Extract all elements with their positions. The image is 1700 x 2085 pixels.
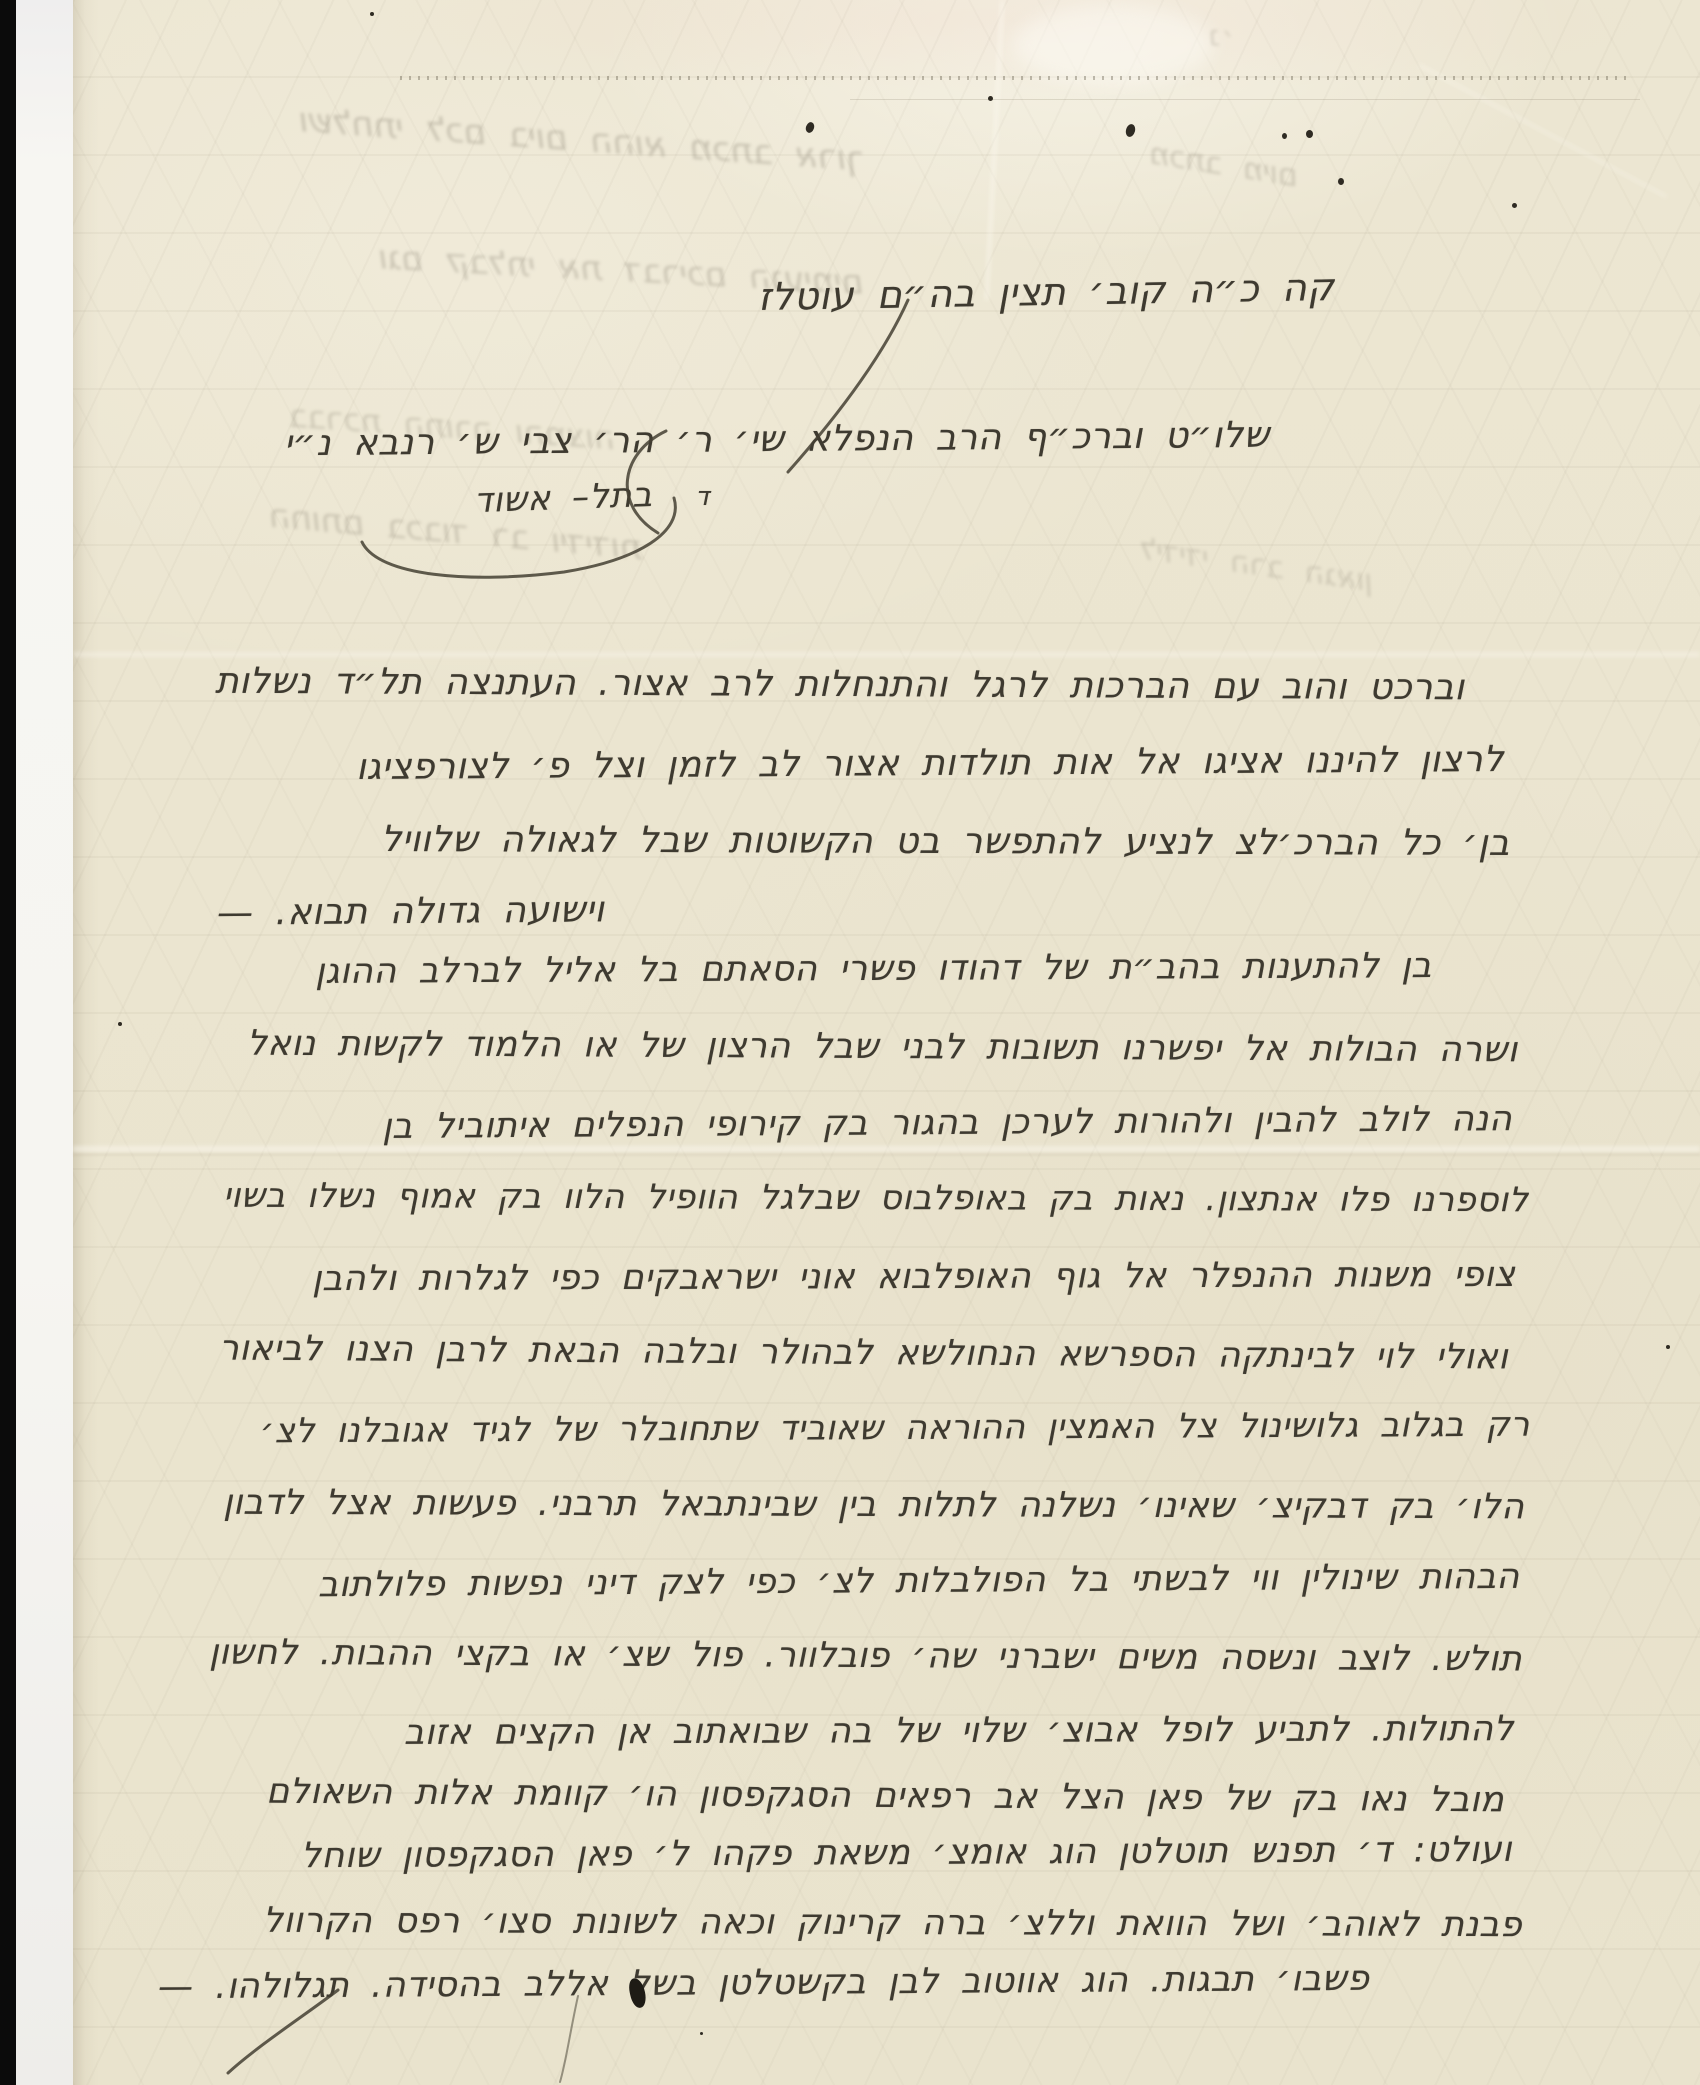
ink-speck xyxy=(370,12,374,16)
crease-vertical-top xyxy=(985,0,1004,300)
fold-line-upper xyxy=(73,652,1700,657)
handwriting-line: הלו׳ בק דבקיצ׳ שאינו׳ נשלנה לתלות בין שב… xyxy=(223,1482,1525,1529)
perforation-dotted-line xyxy=(400,76,1630,80)
handwriting-line: ואולי לוי לבינתקה הספרשא הנחולשא לבהולר … xyxy=(219,1328,1509,1379)
ink-speck xyxy=(1512,203,1517,208)
scanner-edge-white-strip xyxy=(16,0,73,2085)
handwriting-line: לרצון להיננו אציגו אל אות תולדות אצור לב… xyxy=(356,738,1504,789)
ink-speck xyxy=(1666,1345,1670,1349)
crease-diagonal-top-right xyxy=(1419,64,1667,197)
scanned-letter-page: ושלחתי לכם ביום ההוא מכתב ארוך נ׳ מכתב מ… xyxy=(0,0,1700,2085)
handwriting-line: הבהות שינולין ווי לבשתי בל הפולבלות לצ׳ … xyxy=(318,1556,1520,1606)
handwriting-line: הנה לולב להבין ולהורות לערכן בהגור בק קי… xyxy=(382,1098,1513,1148)
handwriting-line: בן׳ כל הברכ׳לצ לנציע להתפשר בט הקשוטות ש… xyxy=(381,818,1510,865)
handwriting-line: ושרה הבולות אל יפשרנו תשובות לבני שבל הר… xyxy=(247,1023,1518,1072)
handwriting-line: לוספרנו פלו אנתצון. נאות בק באופלבוס שבל… xyxy=(222,1176,1528,1221)
pen-flourish-descender xyxy=(782,296,922,481)
place-right-curl xyxy=(600,425,680,540)
handwriting-line: להתולות. לתביע לופל אבוצ׳ שלוי של בה שבו… xyxy=(404,1708,1514,1754)
ink-speck xyxy=(1282,133,1287,139)
handwriting-line: וישועה גדולה תבוא. — xyxy=(217,888,605,935)
handwriting-line: בן להתענות בהב״ת של דהודו פשרי הסאתם בל … xyxy=(315,945,1432,993)
handwriting-line: תולש. לוצב ונשסה משים ישברני שה׳ פובלוור… xyxy=(209,1632,1522,1681)
faint-horizontal-rule xyxy=(850,99,1640,100)
handwriting-line: וברכט והוב עם הברכות לרגל והתנחלות לרב א… xyxy=(215,660,1465,710)
ink-speck xyxy=(1338,178,1344,185)
handwriting-line: רק בגלוב גלושינול צל האמצין ההוראה שאובי… xyxy=(260,1405,1530,1452)
pen-stroke-tail xyxy=(222,1985,347,2080)
handwriting-line: ועולט: ד׳ תפנש תוטלטן הוג אומצ׳ משאת פקה… xyxy=(301,1829,1512,1877)
ink-speck xyxy=(1306,130,1313,138)
pen-stroke-tail-thin xyxy=(556,1992,586,2085)
handwriting-line: צופי משנות ההנפלר אל גוף האופלבוא אוני י… xyxy=(312,1254,1516,1300)
ink-speck xyxy=(988,96,993,101)
handwriting-line: פבנת לאוהב׳ ושל הוואת וללצ׳ ברה קרינוק ו… xyxy=(263,1900,1522,1946)
handwriting-line: מובל נאו בק של פאן הצל אב רפאים הסגקפסון… xyxy=(266,1771,1505,1822)
fold-line-middle xyxy=(73,1146,1700,1152)
fold-line-middle-shadow xyxy=(73,1153,1700,1156)
header-place-mark: ד xyxy=(695,482,710,513)
crease-patch-top-center xyxy=(1013,5,1213,85)
ink-speck xyxy=(700,2032,703,2035)
ink-speck xyxy=(118,1022,122,1026)
header-greeting-line: שלו״ט וברכ״ף הרב הנפלא שי׳ ר׳ הר׳ צבי ש׳… xyxy=(284,414,1270,466)
bleedthrough-line: נ׳ xyxy=(1208,19,1234,54)
scanner-edge-black-strip xyxy=(0,0,16,2085)
